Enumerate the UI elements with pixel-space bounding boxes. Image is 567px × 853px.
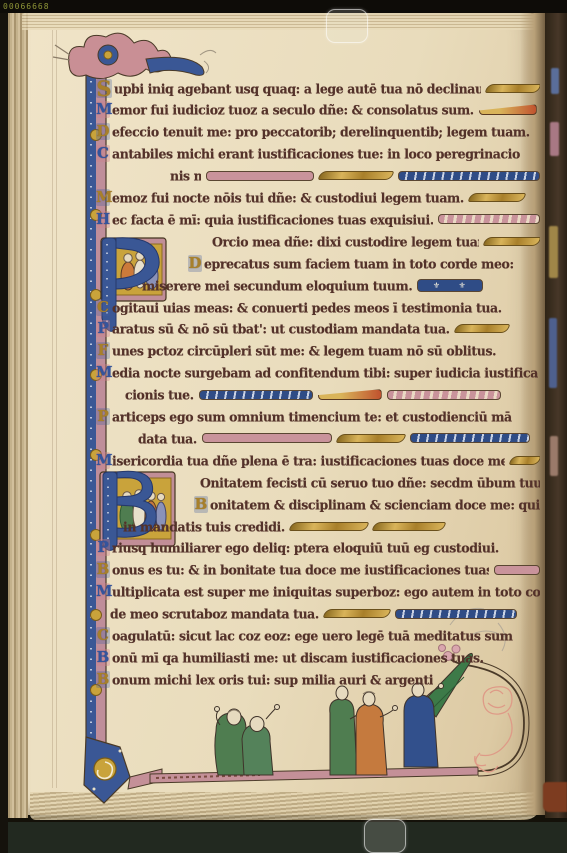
facing-initial-glimpse bbox=[551, 68, 559, 94]
line-filler-gold bbox=[485, 84, 540, 93]
manuscript-text-line: Cogitaui uias meas: & conuerti pedes meo… bbox=[96, 297, 540, 317]
latin-verse-text: isericordia tua dñe plena ē tra: iustifi… bbox=[112, 452, 505, 468]
manuscript-text-line: Bonus es tu: & in bonitate tua doce me i… bbox=[96, 560, 540, 580]
manuscript-text-line: miserere mei secundum eloquium tuum.⚜ ⚜ bbox=[142, 275, 540, 295]
latin-verse-text: ultiplicata est super me iniquitas super… bbox=[112, 584, 540, 600]
latin-verse-text: oagulatū: sicut lac coz eoz: ege uero le… bbox=[112, 628, 513, 644]
latin-verse-text: upbi iniq agebant usq quaq: a lege autē … bbox=[114, 80, 481, 96]
manuscript-text-line: Bonum michi lex oris tui: sup milia auri… bbox=[96, 669, 540, 689]
versal-initial: M bbox=[96, 452, 110, 469]
versal-initial: C bbox=[96, 145, 110, 162]
line-filler-gold bbox=[509, 456, 540, 465]
line-filler-wedge bbox=[479, 104, 537, 115]
line-filler-blue bbox=[410, 433, 530, 443]
border-top-ornament bbox=[53, 33, 216, 78]
latin-verse-text: nis mee. bbox=[170, 168, 201, 184]
manuscript-text-line: Multiplicata est super me iniquitas supe… bbox=[96, 582, 540, 602]
manuscript-text-line: Media nocte surgebam ad confitendum tibi… bbox=[96, 363, 540, 383]
latin-verse-text: ogitaui uias meas: & conuerti pedes meos… bbox=[112, 299, 502, 315]
latin-verse-text: onitatem & disciplinam & scienciam doce … bbox=[210, 496, 540, 512]
manuscript-text-line: Deprecatus sum faciem tuam in toto corde… bbox=[188, 253, 540, 273]
latin-verse-text: efeccio tenuit me: pro peccatorib; derel… bbox=[112, 124, 530, 140]
manuscript-text-line: nis mee. bbox=[170, 166, 540, 186]
versal-initial: M bbox=[96, 364, 110, 381]
line-filler-pink bbox=[206, 171, 314, 181]
line-filler-blue bbox=[199, 390, 313, 400]
versal-initial: D bbox=[96, 123, 110, 140]
latin-verse-text: data tua. bbox=[138, 430, 197, 446]
bas-de-page-groundline bbox=[150, 767, 478, 783]
latin-verse-text: de meo scrutaboz mandata tua. bbox=[110, 606, 319, 622]
manuscript-text-line: Particeps ego sum omnium timencium te: e… bbox=[96, 407, 540, 427]
photo-left-edge bbox=[0, 0, 8, 853]
versal-initial: H bbox=[96, 211, 110, 228]
page-holder-clip-bottom bbox=[364, 819, 406, 853]
versal-initial: M bbox=[96, 583, 110, 600]
latin-verse-text: onum michi lex oris tui: sup milia auri … bbox=[112, 671, 433, 687]
table-background bbox=[0, 822, 567, 853]
manuscript-text-line: Bonū mī qa humiliasti me: ut discam iust… bbox=[96, 647, 540, 667]
manuscript-text-line: Paratus sū & nō sū tbat': ut custodiam m… bbox=[96, 319, 540, 339]
manuscript-text-line: Onitatem fecisti cū seruo tuo dñe: secdm… bbox=[200, 472, 540, 492]
manuscript-text-line: Supbi iniq agebant usq quaq: a lege autē… bbox=[96, 78, 540, 98]
versal-initial: C bbox=[96, 627, 110, 644]
versal-initial: B bbox=[194, 496, 208, 513]
latin-verse-text: antabiles michi erant iustificaciones tu… bbox=[112, 146, 520, 162]
versal-initial: S bbox=[96, 79, 112, 98]
versal-initial: F bbox=[96, 342, 110, 359]
shelfmark-number: 00066668 bbox=[3, 2, 50, 11]
standing-figure-orange bbox=[356, 692, 398, 776]
manuscript-text-line: Orcio mea dñe: dixi custodire legem tuam… bbox=[212, 231, 540, 251]
line-filler-gold bbox=[336, 434, 406, 443]
line-filler-gold bbox=[289, 522, 369, 531]
line-filler-wedge bbox=[318, 389, 382, 400]
line-filler-pinkwave bbox=[438, 214, 540, 224]
manuscript-text-line: Priusq humiliarer ego deliq: ptera eloqu… bbox=[96, 538, 540, 558]
manuscript-text-line: Cantabiles michi erant iustificaciones t… bbox=[96, 144, 540, 164]
latin-verse-text: Orcio mea dñe: dixi custodire legem tuam… bbox=[212, 233, 479, 249]
manuscript-text-line: Bonitatem & disciplinam & scienciam doce… bbox=[194, 494, 540, 514]
manuscript-photo: Supbi iniq agebant usq quaq: a lege autē… bbox=[0, 0, 567, 853]
manuscript-text-line: Memor fui iudicioz tuoz a seculo dñe: & … bbox=[96, 100, 540, 120]
line-filler-gold bbox=[323, 609, 391, 618]
versal-initial: P bbox=[96, 539, 110, 556]
versal-initial: B bbox=[96, 649, 110, 666]
manuscript-text-line: in mandatis tuis credidi. bbox=[123, 516, 540, 536]
kneeling-figures-green bbox=[215, 705, 280, 776]
latin-verse-text: articeps ego sum omnium timencium te: et… bbox=[112, 409, 512, 425]
facing-initial-glimpse bbox=[549, 318, 557, 388]
manuscript-text-line: data tua. bbox=[138, 428, 540, 448]
line-filler-gold bbox=[318, 171, 394, 180]
manuscript-text-line: cionis tue. bbox=[125, 385, 540, 405]
latin-verse-text: unes pctoz circūpleri sūt me: & legem tu… bbox=[112, 343, 496, 359]
facing-initial-glimpse bbox=[549, 226, 558, 278]
versal-initial: M bbox=[96, 189, 110, 206]
latin-verse-text: emor fui iudicioz tuoz a seculo dñe: & c… bbox=[112, 102, 474, 118]
versal-initial: M bbox=[96, 101, 110, 118]
versal-initial: B bbox=[96, 561, 110, 578]
manuscript-text-line: de meo scrutaboz mandata tua. bbox=[110, 604, 540, 624]
border-corner-knot bbox=[84, 737, 162, 803]
latin-verse-text: Onitatem fecisti cū seruo tuo dñe: secdm… bbox=[200, 474, 540, 490]
facing-initial-glimpse bbox=[550, 436, 558, 476]
versal-initial: D bbox=[188, 255, 202, 272]
line-filler-blue bbox=[398, 171, 540, 181]
latin-verse-text: aratus sū & nō sū tbat': ut custodiam ma… bbox=[112, 321, 450, 337]
left-page-edges bbox=[6, 13, 28, 818]
versal-initial: C bbox=[96, 299, 110, 316]
line-filler-blue bbox=[395, 609, 517, 619]
line-filler-gold bbox=[483, 237, 540, 246]
manuscript-text-line: Hec facta ē mī: quia iustificaciones tua… bbox=[96, 209, 540, 229]
facing-initial-glimpse bbox=[550, 122, 559, 156]
line-filler-gold bbox=[468, 193, 526, 202]
latin-verse-text: onus es tu: & in bonitate tua doce me iu… bbox=[112, 562, 489, 578]
line-filler-pink bbox=[494, 565, 540, 575]
line-filler-gold bbox=[453, 324, 509, 333]
versal-initial: P bbox=[96, 320, 110, 337]
manuscript-text-line: Memoz fui nocte nōis tui dñe: & custodiu… bbox=[96, 188, 540, 208]
latin-verse-text: emoz fui nocte nōis tui dñe: & custodiui… bbox=[112, 190, 464, 206]
versal-initial: B bbox=[96, 671, 110, 688]
line-filler-gold bbox=[372, 522, 446, 531]
photo-top-strip: 00066668 bbox=[0, 0, 567, 13]
versal-initial: P bbox=[96, 408, 110, 425]
binding-edge bbox=[543, 782, 567, 812]
manuscript-text-line: Misericordia tua dñe plena ē tra: iustif… bbox=[96, 450, 540, 470]
line-filler-fleur: ⚜ ⚜ bbox=[417, 279, 483, 292]
manuscript-text-line: Coagulatū: sicut lac coz eoz: ege uero l… bbox=[96, 626, 540, 646]
latin-verse-text: riusq humiliarer ego deliq: ptera eloqui… bbox=[112, 540, 499, 556]
red-sketch-figure bbox=[475, 687, 512, 772]
latin-verse-text: cionis tue. bbox=[125, 387, 194, 403]
latin-verse-text: onū mī qa humiliasti me: ut discam iusti… bbox=[112, 649, 484, 665]
latin-verse-text: in mandatis tuis credidi. bbox=[123, 518, 285, 534]
manuscript-text-line: Funes pctoz circūpleri sūt me: & legem t… bbox=[96, 341, 540, 361]
line-filler-pinkwave bbox=[387, 390, 501, 400]
manuscript-text-line: Defeccio tenuit me: pro peccatorib; dere… bbox=[96, 122, 540, 142]
page-holder-clip-top bbox=[326, 9, 368, 43]
latin-verse-text: edia nocte surgebam ad confitendum tibi:… bbox=[112, 365, 538, 381]
latin-verse-text: ec facta ē mī: quia iustificaciones tuas… bbox=[112, 211, 433, 227]
latin-verse-text: miserere mei secundum eloquium tuum. bbox=[142, 277, 412, 293]
latin-verse-text: eprecatus sum faciem tuam in toto corde … bbox=[204, 255, 514, 271]
line-filler-pink bbox=[202, 433, 332, 443]
